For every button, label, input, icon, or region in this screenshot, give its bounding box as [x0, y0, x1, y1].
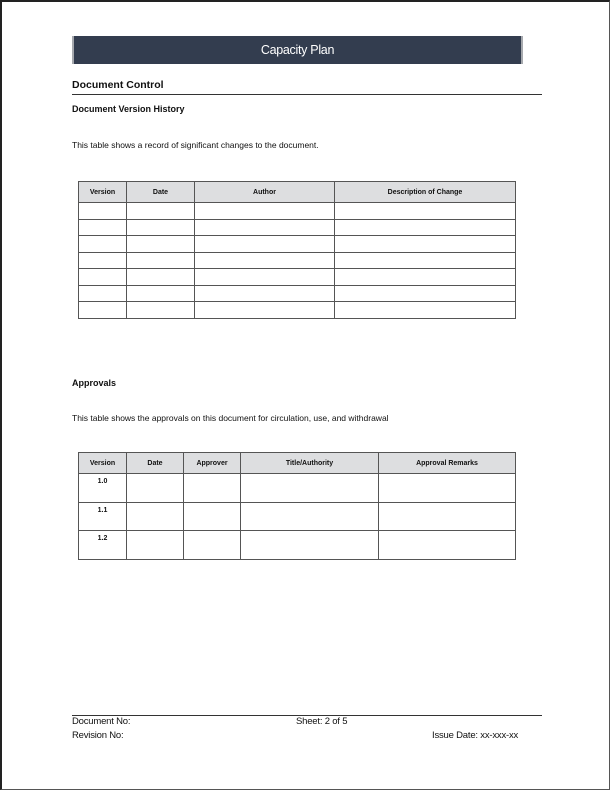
- table-cell[interactable]: [241, 474, 379, 503]
- table-cell[interactable]: [195, 269, 335, 286]
- table-cell[interactable]: [241, 502, 379, 531]
- table-cell[interactable]: [79, 269, 127, 286]
- table-cell[interactable]: [379, 474, 516, 503]
- table-cell[interactable]: [335, 269, 516, 286]
- version-history-table: Version Date Author Description of Chang…: [78, 181, 516, 319]
- version-history-description: This table shows a record of significant…: [72, 140, 319, 150]
- table-row: 1.0: [79, 474, 516, 503]
- table-cell[interactable]: [127, 531, 184, 560]
- column-header-approval-remarks: Approval Remarks: [379, 453, 516, 474]
- table-cell[interactable]: [195, 302, 335, 319]
- table-cell[interactable]: [195, 252, 335, 269]
- table-cell[interactable]: [184, 531, 241, 560]
- table-row: [79, 285, 516, 302]
- table-row: 1.2: [79, 531, 516, 560]
- column-header-title-authority: Title/Authority: [241, 453, 379, 474]
- table-row: [79, 269, 516, 286]
- table-cell[interactable]: [127, 502, 184, 531]
- issue-date: Issue Date: xx-xxx-xx: [432, 730, 518, 741]
- column-header-version: Version: [79, 453, 127, 474]
- table-cell[interactable]: [79, 219, 127, 236]
- table-cell[interactable]: 1.1: [79, 502, 127, 531]
- table-cell[interactable]: [79, 302, 127, 319]
- section-divider: [72, 94, 542, 95]
- table-row: [79, 203, 516, 220]
- table-cell[interactable]: [195, 203, 335, 220]
- table-cell[interactable]: 1.0: [79, 474, 127, 503]
- table-cell[interactable]: [241, 531, 379, 560]
- table-row: [79, 252, 516, 269]
- column-header-author: Author: [195, 182, 335, 203]
- table-header-row: Version Date Author Description of Chang…: [79, 182, 516, 203]
- column-header-date: Date: [127, 182, 195, 203]
- table-cell[interactable]: [127, 269, 195, 286]
- table-cell[interactable]: [335, 203, 516, 220]
- table-cell[interactable]: [79, 285, 127, 302]
- table-cell[interactable]: [184, 474, 241, 503]
- document-title-bar: Capacity Plan: [72, 36, 523, 64]
- table-cell[interactable]: [127, 474, 184, 503]
- section-heading-document-control: Document Control: [72, 79, 164, 91]
- table-cell[interactable]: [79, 236, 127, 253]
- table-cell[interactable]: [184, 502, 241, 531]
- table-cell[interactable]: [127, 203, 195, 220]
- table-cell[interactable]: [379, 531, 516, 560]
- table-header-row: Version Date Approver Title/Authority Ap…: [79, 453, 516, 474]
- table-cell[interactable]: [195, 285, 335, 302]
- table-cell[interactable]: [335, 219, 516, 236]
- table-row: [79, 236, 516, 253]
- table-row: [79, 302, 516, 319]
- table-cell[interactable]: [379, 502, 516, 531]
- table-cell[interactable]: [127, 285, 195, 302]
- column-header-approver: Approver: [184, 453, 241, 474]
- table-cell[interactable]: [79, 252, 127, 269]
- table-cell[interactable]: [79, 203, 127, 220]
- page-border: [0, 0, 610, 790]
- table-row: 1.1: [79, 502, 516, 531]
- revision-number-label: Revision No:: [72, 730, 123, 741]
- sheet-number: Sheet: 2 of 5: [296, 716, 347, 727]
- table-cell[interactable]: [127, 236, 195, 253]
- table-cell[interactable]: 1.2: [79, 531, 127, 560]
- table-cell[interactable]: [335, 285, 516, 302]
- column-header-description: Description of Change: [335, 182, 516, 203]
- column-header-date: Date: [127, 453, 184, 474]
- table-row: [79, 219, 516, 236]
- table-cell[interactable]: [127, 302, 195, 319]
- table-cell[interactable]: [127, 219, 195, 236]
- document-number-label: Document No:: [72, 716, 130, 727]
- table-cell[interactable]: [335, 302, 516, 319]
- version-history-heading: Document Version History: [72, 104, 185, 114]
- approvals-description: This table shows the approvals on this d…: [72, 413, 389, 423]
- table-cell[interactable]: [195, 219, 335, 236]
- column-header-version: Version: [79, 182, 127, 203]
- table-cell[interactable]: [335, 252, 516, 269]
- approvals-heading: Approvals: [72, 378, 116, 388]
- table-cell[interactable]: [335, 236, 516, 253]
- table-cell[interactable]: [195, 236, 335, 253]
- approvals-table: Version Date Approver Title/Authority Ap…: [78, 452, 516, 560]
- table-cell[interactable]: [127, 252, 195, 269]
